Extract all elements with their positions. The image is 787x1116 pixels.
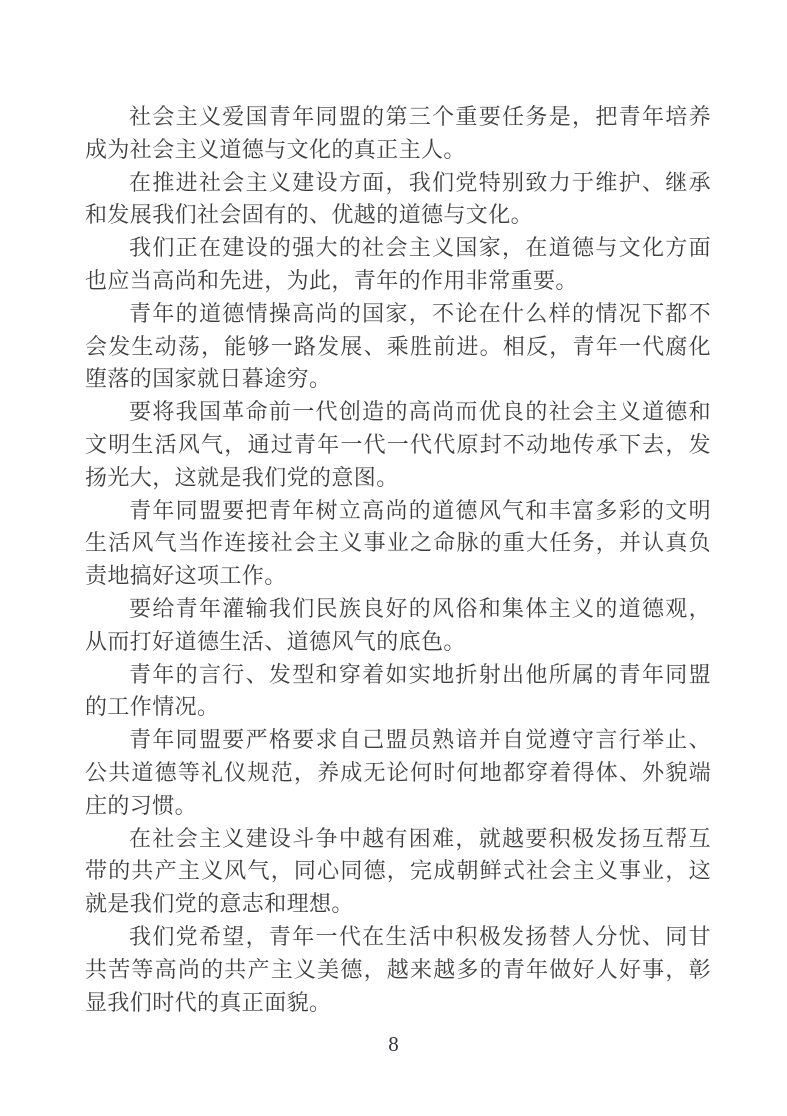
- paragraph: 青年的道德情操高尚的国家，不论在什么样的情况下都不会发生动荡，能够一路发展、乘胜…: [85, 298, 711, 396]
- paragraph: 我们党希望，青年一代在生活中积极发扬替人分忧、同甘共苦等高尚的共产主义美德，越来…: [85, 921, 711, 1019]
- paragraph: 在推进社会主义建设方面，我们党特别致力于维护、继承和发展我们社会固有的、优越的道…: [85, 167, 711, 233]
- paragraph: 要给青年灌输我们民族良好的风俗和集体主义的道德观，从而打好道德生活、道德风气的底…: [85, 593, 711, 659]
- document-page: 社会主义爱国青年同盟的第三个重要任务是，把青年培养成为社会主义道德与文化的真正主…: [0, 0, 787, 1116]
- page-body-text: 社会主义爱国青年同盟的第三个重要任务是，把青年培养成为社会主义道德与文化的真正主…: [85, 101, 711, 1019]
- paragraph: 青年同盟要严格要求自己盟员熟谙并自觉遵守言行举止、公共道德等礼仪规范，养成无论何…: [85, 724, 711, 822]
- paragraph: 社会主义爱国青年同盟的第三个重要任务是，把青年培养成为社会主义道德与文化的真正主…: [85, 101, 711, 167]
- paragraph: 青年的言行、发型和穿着如实地折射出他所属的青年同盟的工作情况。: [85, 659, 711, 725]
- paragraph: 我们正在建设的强大的社会主义国家，在道德与文化方面也应当高尚和先进，为此，青年的…: [85, 232, 711, 298]
- paragraph: 在社会主义建设斗争中越有困难，就越要积极发扬互帮互带的共产主义风气，同心同德，完…: [85, 823, 711, 921]
- paragraph: 青年同盟要把青年树立高尚的道德风气和丰富多彩的文明生活风气当作连接社会主义事业之…: [85, 495, 711, 593]
- paragraph: 要将我国革命前一代创造的高尚而优良的社会主义道德和文明生活风气，通过青年一代一代…: [85, 396, 711, 494]
- page-number: 8: [0, 1030, 787, 1058]
